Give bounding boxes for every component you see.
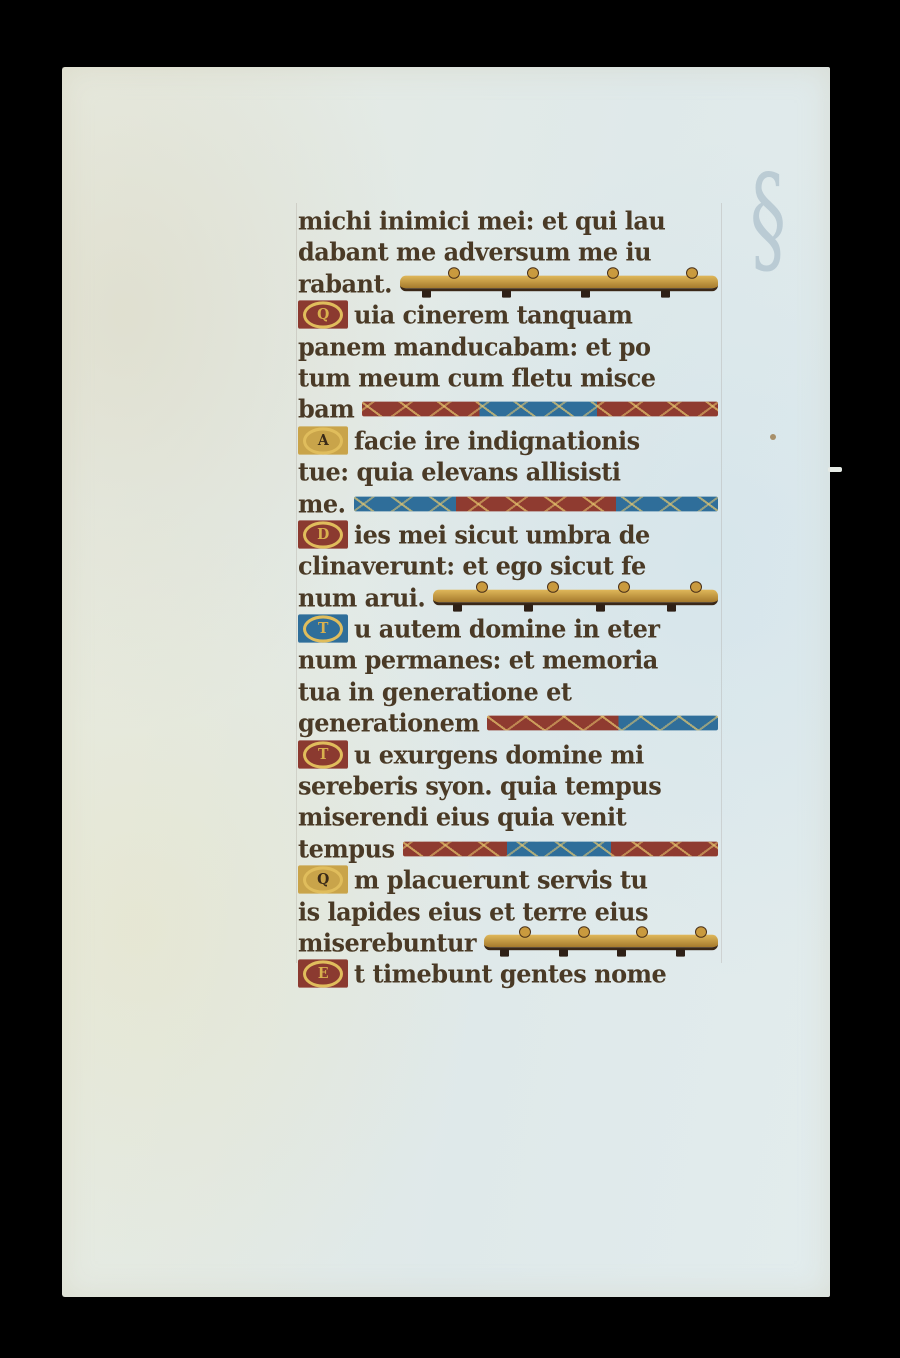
line-text: generationem: [298, 708, 479, 738]
line-text: tue: quia elevans allisisti: [298, 457, 621, 487]
manuscript-line: generationem: [298, 706, 718, 739]
manuscript-line: Qm placuerunt servis tu: [298, 863, 718, 896]
manuscript-line: Afacie ire indignationis: [298, 424, 718, 457]
stain-spot: [770, 434, 776, 440]
manuscript-line: Dies mei sicut umbra de: [298, 518, 718, 551]
manuscript-line: panem manducabam: et po: [298, 330, 718, 363]
manuscript-line: tua in generatione et: [298, 675, 718, 708]
illuminated-initial: E: [298, 960, 348, 988]
initial-ornament-icon: Q: [303, 301, 343, 328]
marginal-flourish-icon: §: [750, 160, 786, 280]
initial-ornament-icon: Q: [303, 866, 343, 893]
line-text: bam: [298, 394, 354, 424]
illuminated-initial: A: [298, 426, 348, 454]
line-text: tum meum cum fletu misce: [298, 362, 655, 392]
initial-ornament-icon: D: [303, 521, 343, 548]
line-text: miserebuntur: [298, 927, 476, 957]
manuscript-line: num arui.: [298, 581, 718, 614]
manuscript-line: Tu exurgens domine mi: [298, 738, 718, 771]
line-text: m placuerunt servis tu: [354, 865, 647, 895]
line-filler-bar: [354, 496, 718, 511]
manuscript-line: bam: [298, 393, 718, 426]
illuminated-initial: T: [298, 740, 348, 768]
line-filler-bar: [362, 402, 718, 417]
initial-ornament-icon: A: [303, 427, 343, 454]
line-text: facie ire indignationis: [354, 425, 640, 455]
initial-ornament-icon: T: [303, 615, 343, 642]
illuminated-initial: Q: [298, 301, 348, 329]
initial-ornament-icon: T: [303, 741, 343, 768]
manuscript-line: tum meum cum fletu misce: [298, 361, 718, 394]
manuscript-line: miserendi eius quia venit: [298, 801, 718, 834]
manuscript-line: num permanes: et memoria: [298, 644, 718, 677]
manuscript-line: Quia cinerem tanquam: [298, 298, 718, 331]
line-text: me.: [298, 488, 346, 518]
parchment-tab: [828, 467, 842, 472]
line-text: ies mei sicut umbra de: [354, 519, 650, 549]
illuminated-initial: Q: [298, 866, 348, 894]
manuscript-line: clinaverunt: et ego sicut fe: [298, 550, 718, 583]
line-text: dabant me adversum me iu: [298, 237, 651, 267]
line-text: sereberis syon. quia tempus: [298, 770, 661, 800]
line-text: michi inimici mei: et qui lau: [298, 205, 665, 235]
text-block: michi inimici mei: et qui laudabant me a…: [298, 205, 718, 990]
gold-branch-filler: [433, 589, 718, 605]
line-text: clinaverunt: et ego sicut fe: [298, 551, 646, 581]
manuscript-line: tempus: [298, 832, 718, 865]
initial-ornament-icon: E: [303, 960, 343, 987]
gold-branch-filler: [400, 276, 718, 292]
line-text: panem manducabam: et po: [298, 331, 651, 361]
line-text: u exurgens domine mi: [354, 739, 644, 769]
line-text: num arui.: [298, 582, 425, 612]
manuscript-line: dabant me adversum me iu: [298, 236, 718, 269]
manuscript-line: Tu autem domine in eter: [298, 612, 718, 645]
line-text: t timebunt gentes nome: [354, 959, 666, 989]
manuscript-line: me.: [298, 487, 718, 520]
line-text: uia cinerem tanquam: [354, 300, 632, 330]
line-text: u autem domine in eter: [354, 614, 659, 644]
manuscript-line: tue: quia elevans allisisti: [298, 455, 718, 488]
line-text: miserendi eius quia venit: [298, 802, 626, 832]
illuminated-initial: T: [298, 615, 348, 643]
manuscript-line: miserebuntur: [298, 926, 718, 959]
illuminated-initial: D: [298, 520, 348, 548]
line-text: is lapides eius et terre eius: [298, 896, 648, 926]
line-filler-bar: [487, 716, 718, 731]
manuscript-line: michi inimici mei: et qui lau: [298, 204, 718, 237]
line-text: tempus: [298, 833, 395, 863]
manuscript-line: sereberis syon. quia tempus: [298, 769, 718, 802]
gold-branch-filler: [484, 935, 718, 951]
line-text: num permanes: et memoria: [298, 645, 658, 675]
manuscript-line: rabant.: [298, 267, 718, 300]
line-text: tua in generatione et: [298, 676, 571, 706]
line-filler-bar: [403, 841, 719, 856]
manuscript-line: Et timebunt gentes nome: [298, 958, 718, 991]
line-text: rabant.: [298, 268, 392, 298]
manuscript-line: is lapides eius et terre eius: [298, 895, 718, 928]
